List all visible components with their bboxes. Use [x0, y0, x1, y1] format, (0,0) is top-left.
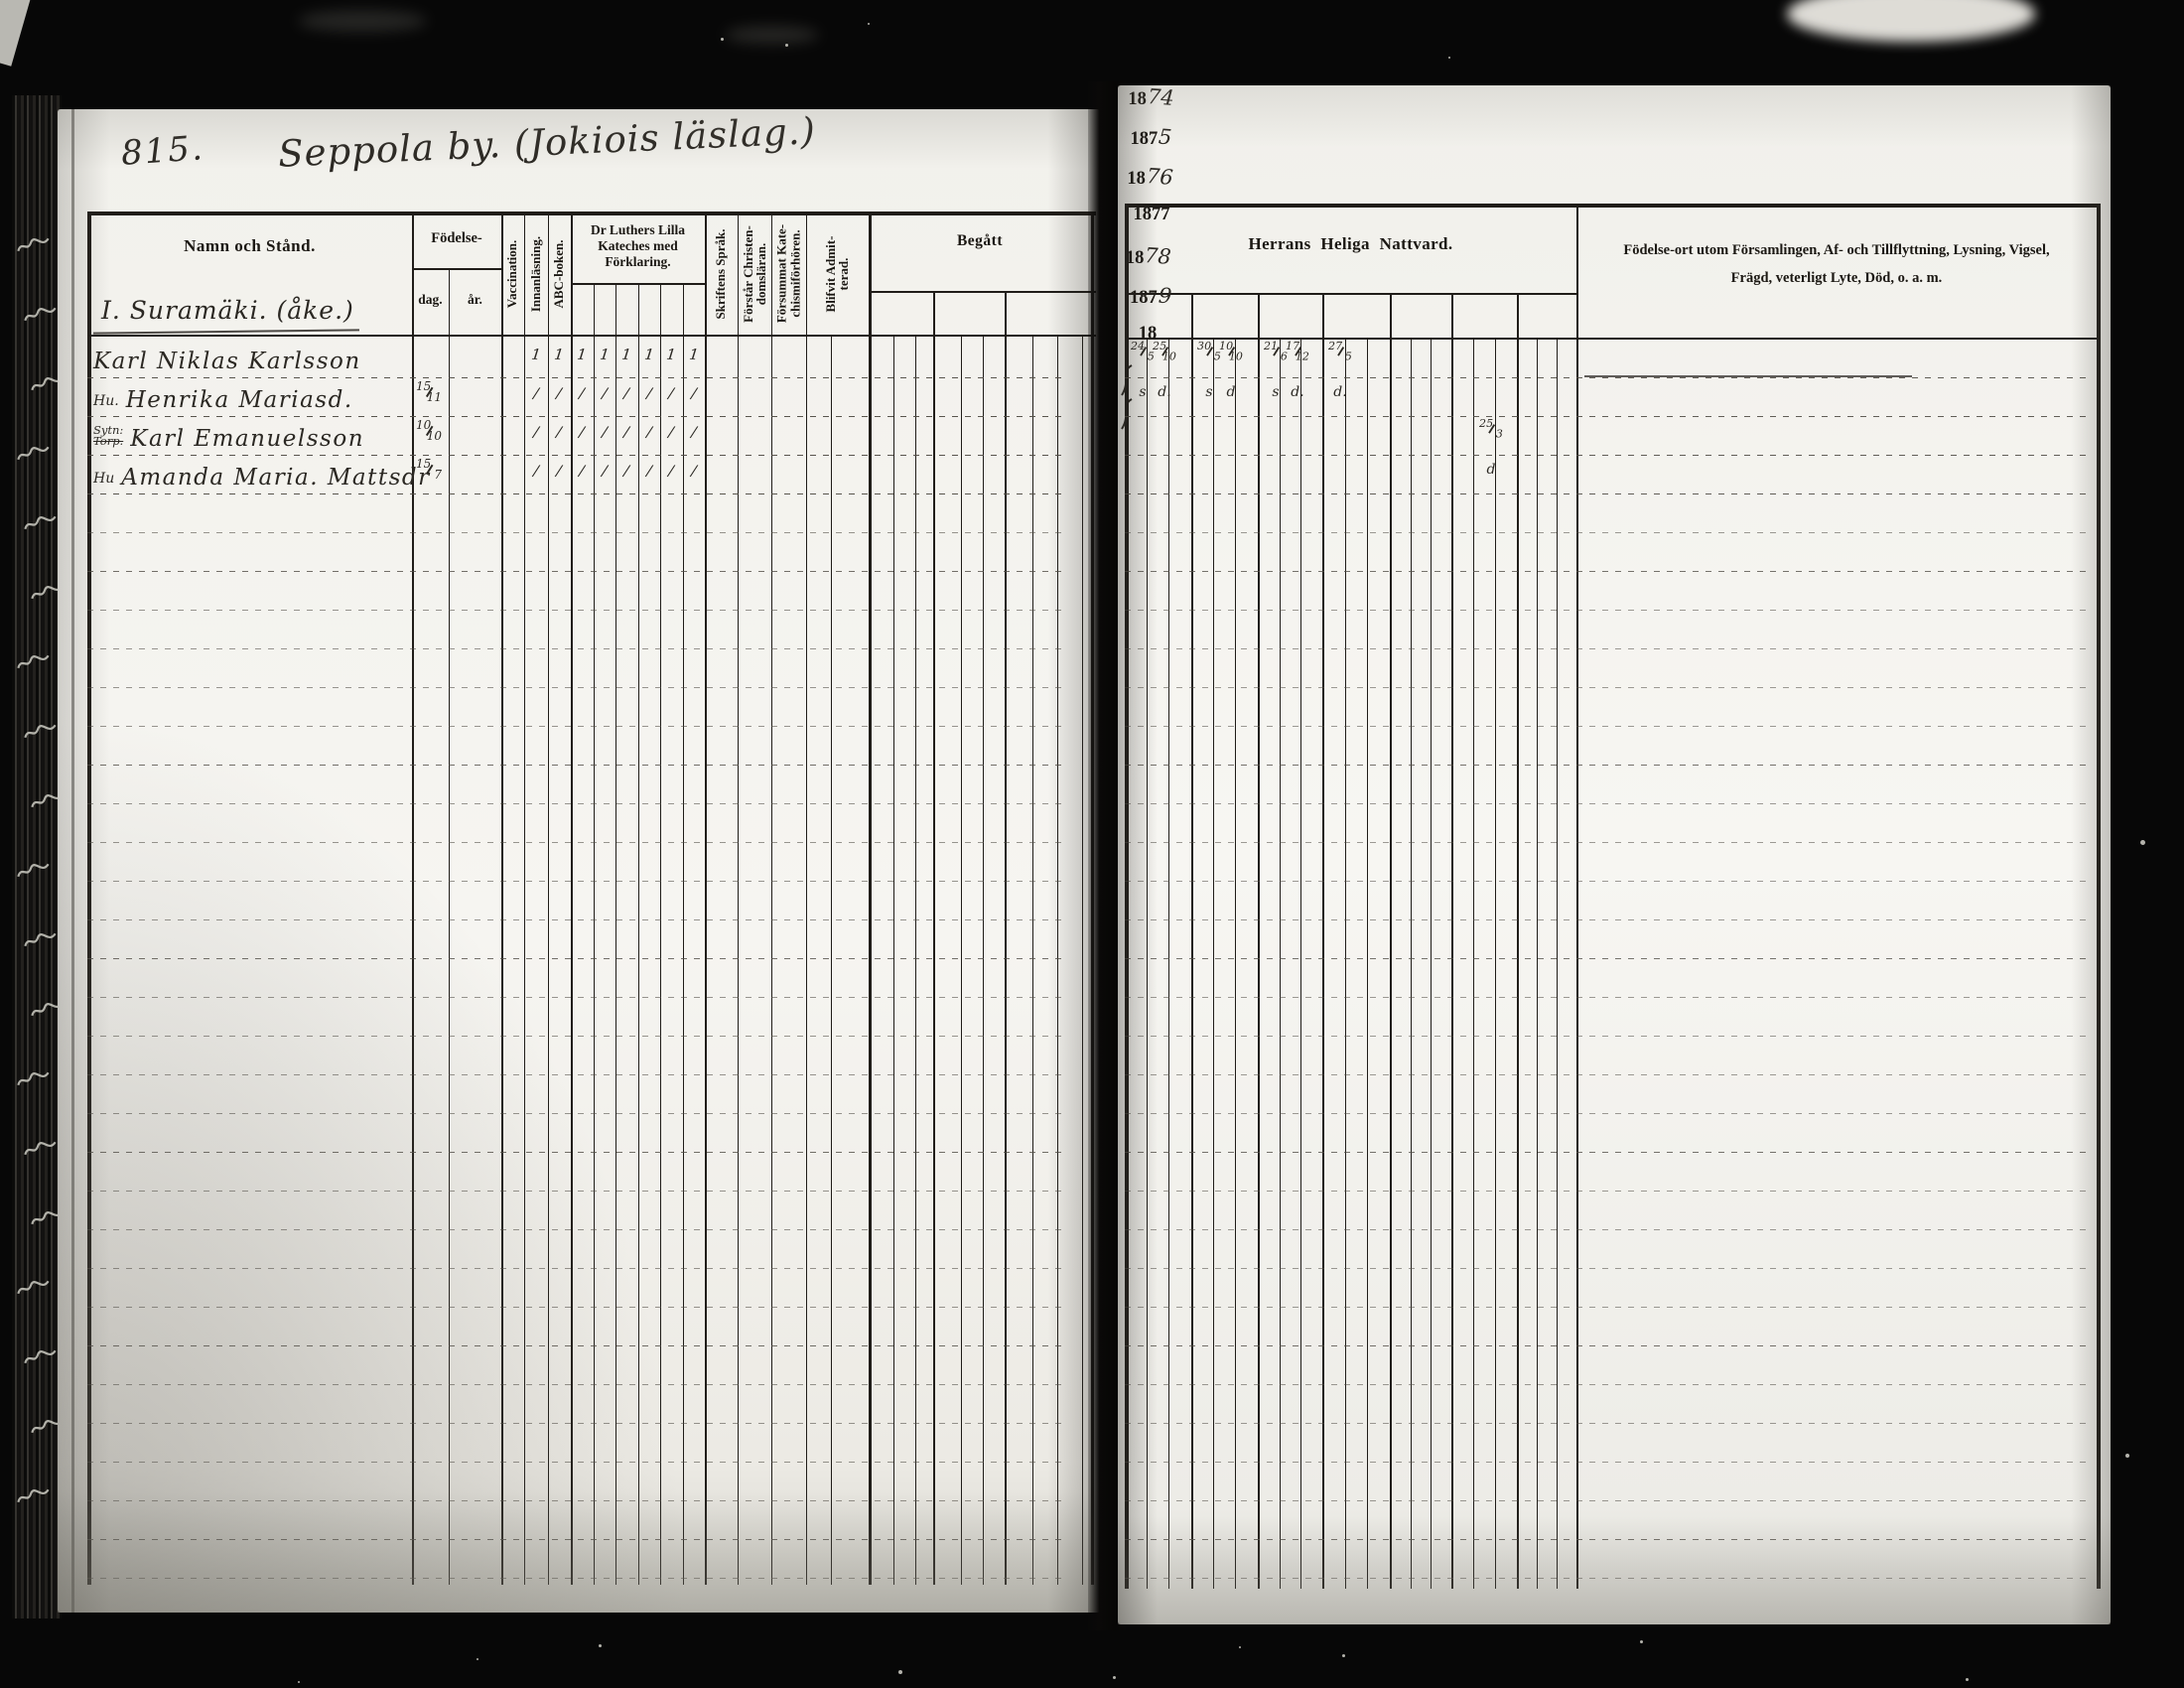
grid-vline: [831, 335, 832, 1585]
dust-speck: [298, 1681, 300, 1683]
dust-speck: [2140, 840, 2145, 845]
village-title: Seppola by. (Jokiois läslag.): [277, 109, 816, 176]
record-name: Henrika Mariasd.: [126, 389, 353, 412]
communion-entry: d.: [1283, 384, 1312, 400]
col-header-dag: dag.: [412, 292, 449, 308]
top-smudge-1: [298, 10, 427, 32]
col-header-begatt: Begått: [869, 232, 1091, 250]
scanned-ledger-spread: 815. Seppola by. (Jokiois läslag.) Namn …: [0, 0, 2184, 1688]
record-reading-mark: 1: [684, 345, 704, 364]
row-rule: [1125, 726, 2090, 727]
grid-vline: [771, 211, 772, 1585]
grid-vline: [524, 211, 525, 1585]
row-rule: [1125, 842, 2090, 843]
grid-hline: [412, 268, 501, 270]
record-reading-mark: 1: [572, 345, 592, 364]
row-rule: [87, 1539, 1066, 1540]
grid-vline: [1300, 338, 1301, 1589]
row-rule: [1125, 610, 2090, 611]
row-rule: [1125, 416, 2090, 417]
row-rule: [87, 648, 1066, 649]
grid-vline: [1367, 338, 1368, 1589]
row-rule: [87, 1307, 1066, 1308]
notes-header-line2: Frägd, veterligt Lyte, Död, o. a. m.: [1576, 270, 2097, 287]
dust-speck: [1640, 1640, 1643, 1643]
grid-vline: [1451, 293, 1453, 1589]
row-rule: [1125, 881, 2090, 882]
grid-hline: [87, 335, 1096, 337]
dust-speck: [599, 1644, 602, 1647]
dust-speck: [898, 1670, 902, 1674]
record-reading-mark: /: [526, 383, 546, 403]
record-reading-mark: /: [572, 383, 592, 403]
farm-name-line: I. Suramäki. (åke.): [101, 296, 354, 325]
top-right-blob: [1787, 0, 2035, 42]
row-rule: [1125, 1384, 2090, 1385]
dust-speck: [477, 1658, 478, 1660]
record-prefix-stack: Sytn:Torp.: [93, 425, 123, 451]
record-reading-mark: 1: [595, 345, 614, 364]
row-rule: [1125, 1152, 2090, 1153]
record-reading-mark: /: [616, 422, 636, 442]
grid-vline: [1345, 338, 1346, 1589]
record-name: Amanda Maria. Mattsdr: [121, 467, 430, 490]
row-rule: [87, 842, 1066, 843]
dust-speck: [721, 38, 724, 41]
grid-vline: [87, 211, 91, 1585]
row-rule: [1125, 648, 2090, 649]
record-prefix: Hu.: [93, 393, 119, 412]
note-underline: [1584, 375, 1912, 377]
row-rule: [1125, 1268, 2090, 1269]
row-rule: [1125, 1229, 2090, 1230]
row-rule: [87, 1423, 1066, 1424]
grid-vline: [1082, 335, 1083, 1585]
row-rule: [1125, 1423, 2090, 1424]
record-reading-mark: /: [549, 383, 569, 403]
dust-speck: [2125, 1454, 2129, 1458]
year-header-cell: 1875: [1118, 125, 1184, 165]
grid-vline: [1495, 338, 1496, 1589]
row-rule: [87, 803, 1066, 804]
col-header-fodelse: Födelse-: [412, 230, 501, 247]
page-number: 815.: [120, 128, 205, 174]
row-rule: [1125, 1191, 2090, 1192]
row-rule: [1125, 803, 2090, 804]
row-rule: [87, 1268, 1066, 1269]
grid-vline: [449, 268, 450, 1585]
year-header-hand: 78: [1145, 243, 1172, 269]
col-header-abc-boken: ABC-boken.: [547, 218, 571, 330]
row-rule: [87, 1578, 1066, 1579]
grid-vline: [1168, 338, 1169, 1589]
record-prefix: Hu: [93, 471, 114, 490]
row-rule: [1125, 997, 2090, 998]
record-reading-mark: /: [661, 461, 681, 481]
col-header-blifvit-admitterad: Blifvit Admit- terad.: [811, 218, 863, 330]
dust-speck: [1448, 57, 1450, 59]
year-header-hand: 9: [1158, 284, 1172, 309]
left-page: 815. Seppola by. (Jokiois läslag.) Namn …: [58, 109, 1100, 1613]
row-rule: [1125, 377, 2090, 378]
grid-hline: [1125, 293, 1576, 295]
grid-vline: [1258, 293, 1260, 1589]
row-rule: [1125, 493, 2090, 494]
year-header-hand: 74: [1147, 84, 1174, 110]
corner-sliver: [0, 0, 32, 67]
record-reading-mark: /: [572, 461, 592, 481]
row-rule: [1125, 765, 2090, 766]
record-reading-mark: 1: [549, 345, 569, 364]
row-rule: [1125, 532, 2090, 533]
row-rule: [87, 1074, 1066, 1075]
communion-entry: 253: [1477, 420, 1505, 438]
dust-speck: [1239, 1646, 1241, 1648]
col-header-namn-och-stand: Namn och Stånd.: [87, 236, 412, 256]
row-rule: [87, 1500, 1066, 1501]
grid-vline: [893, 335, 894, 1585]
row-rule: [87, 958, 1066, 959]
record-reading-mark: /: [549, 422, 569, 442]
grid-vline: [1005, 291, 1007, 1585]
record-birth-day: 1511: [414, 382, 444, 402]
dust-speck: [1342, 1654, 1345, 1657]
record-reading-mark: /: [616, 461, 636, 481]
record-reading-mark: /: [639, 422, 659, 442]
communion-entry: 1010: [1217, 343, 1245, 360]
grid-vline: [983, 335, 984, 1585]
col-header-nattvard: Herrans Heliga Nattvard.: [1125, 234, 1576, 254]
row-rule: [1125, 455, 2090, 456]
record-reading-mark: 1: [639, 345, 659, 364]
grid-vline: [1411, 338, 1412, 1589]
grid-hline: [571, 283, 705, 285]
communion-entry: d.: [1325, 384, 1355, 400]
record-name: Karl Emanuelsson: [130, 428, 364, 451]
communion-entry: 1712: [1284, 343, 1311, 360]
dust-speck: [785, 44, 788, 47]
record-reading-mark: /: [639, 461, 659, 481]
record-birth-day: 1010: [414, 421, 444, 441]
grid-vline: [2097, 204, 2101, 1589]
record-reading-mark: /: [526, 461, 546, 481]
grid-vline: [1032, 335, 1033, 1585]
grid-vline: [933, 291, 935, 1585]
row-rule: [87, 1113, 1066, 1114]
col-header-innanlasning: Innanläsning.: [524, 218, 548, 330]
row-rule: [87, 1384, 1066, 1385]
grid-vline: [915, 335, 916, 1585]
row-rule: [1125, 1462, 2090, 1463]
year-header-print: 187: [1130, 129, 1158, 150]
record-reading-mark: /: [526, 422, 546, 442]
grid-vline: [1213, 338, 1214, 1589]
grid-vline: [869, 211, 872, 1585]
dust-speck: [868, 23, 870, 25]
row-rule: [87, 571, 1066, 572]
grid-vline: [1473, 338, 1474, 1589]
row-rule: [87, 1152, 1066, 1153]
row-rule: [1125, 919, 2090, 920]
grid-hline: [1125, 204, 2097, 208]
col-header-kateches: Dr Luthers Lilla Kateches med Förklaring…: [573, 212, 703, 280]
row-rule: [87, 610, 1066, 611]
record-name-row: Hu.Henrika Mariasd.: [93, 377, 353, 412]
year-header-print: 187: [1130, 288, 1158, 309]
row-rule: [87, 1345, 1066, 1346]
row-rule: [1125, 1345, 2090, 1346]
row-rule: [1125, 1500, 2090, 1501]
record-reading-mark: /: [595, 383, 614, 403]
row-rule: [87, 1229, 1066, 1230]
grid-vline: [1537, 338, 1538, 1589]
row-rule: [87, 493, 1066, 494]
row-rule: [87, 765, 1066, 766]
grid-vline: [1147, 338, 1148, 1589]
record-birth-day: 157: [414, 460, 444, 480]
year-header-print: 1877: [1134, 205, 1170, 225]
record-reading-mark: 1: [526, 345, 546, 364]
grid-vline: [1191, 293, 1193, 1589]
grid-vline: [501, 211, 503, 1585]
row-rule: [1125, 958, 2090, 959]
record-reading-mark: /: [616, 383, 636, 403]
year-header-print: 18: [1128, 89, 1147, 110]
row-rule: [1125, 1036, 2090, 1037]
row-rule: [1125, 571, 2090, 572]
grid-vline: [1322, 293, 1324, 1589]
communion-entry: d.: [1150, 384, 1179, 400]
communion-entry: 2510: [1151, 343, 1178, 360]
grid-vline: [1557, 338, 1558, 1589]
right-page: Herrans Heliga Nattvard. Födelse-ort uto…: [1118, 85, 2111, 1624]
record-reading-mark: /: [595, 461, 614, 481]
record-name-row: HuAmanda Maria. Mattsdr: [93, 455, 431, 490]
col-header-vaccination: Vaccination.: [500, 218, 524, 330]
grid-vline: [1576, 204, 1578, 1589]
communion-entry: d: [1216, 384, 1246, 400]
grid-vline: [1431, 338, 1432, 1589]
row-rule: [87, 1462, 1066, 1463]
record-reading-mark: /: [661, 383, 681, 403]
farm-name-underline: [93, 329, 359, 334]
year-header-print: 18: [1127, 169, 1146, 190]
year-header-hand: 76: [1146, 164, 1173, 190]
row-rule: [87, 881, 1066, 882]
grid-vline: [571, 211, 573, 1585]
row-rule: [87, 687, 1066, 688]
grid-vline: [961, 335, 962, 1585]
notes-header-line1: Födelse-ort utom Församlingen, Af- och T…: [1576, 242, 2097, 259]
record-reading-mark: /: [684, 461, 704, 481]
row-rule: [1125, 1307, 2090, 1308]
year-header-hand: 5: [1158, 125, 1172, 150]
row-rule: [1125, 1074, 2090, 1075]
grid-hline: [869, 291, 1096, 293]
page-crease: [71, 109, 74, 1613]
record-reading-mark: /: [639, 383, 659, 403]
row-rule: [87, 1191, 1066, 1192]
record-reading-mark: /: [595, 422, 614, 442]
grid-vline: [1125, 204, 1129, 1589]
grid-vline: [412, 211, 414, 1585]
top-smudge-2: [725, 26, 819, 44]
record-reading-mark: /: [684, 422, 704, 442]
col-header-forsummat-katechismiforhoren: Försummat Kate- chismiförhören.: [771, 218, 806, 330]
dust-speck: [1113, 1676, 1116, 1679]
row-rule: [1125, 687, 2090, 688]
row-rule: [87, 726, 1066, 727]
row-rule: [1125, 1113, 2090, 1114]
communion-entry: d: [1476, 462, 1506, 478]
col-header-skriftens-sprak: Skriftens Språk.: [705, 218, 737, 330]
row-rule: [1125, 1539, 2090, 1540]
record-reading-mark: 1: [616, 345, 636, 364]
grid-vline: [1517, 293, 1519, 1589]
row-rule: [87, 919, 1066, 920]
year-header-cell: 1876: [1118, 165, 1182, 205]
record-reading-mark: /: [684, 383, 704, 403]
grid-hline: [87, 211, 1096, 215]
grid-vline: [548, 211, 549, 1585]
row-rule: [87, 997, 1066, 998]
year-header-cell: 1874: [1118, 85, 1184, 125]
grid-vline: [705, 211, 707, 1585]
record-name-row: Sytn:Torp.Karl Emanuelsson: [93, 416, 364, 451]
grid-vline: [1280, 338, 1281, 1589]
record-name: Karl Niklas Karlsson: [93, 351, 361, 373]
communion-entry: 275: [1326, 343, 1354, 360]
grid-vline: [806, 211, 807, 1585]
record-reading-mark: 1: [661, 345, 681, 364]
row-rule: [1125, 1578, 2090, 1579]
record-name-row: Karl Niklas Karlsson: [93, 339, 361, 373]
row-rule: [87, 1036, 1066, 1037]
record-reading-mark: /: [572, 422, 592, 442]
col-header-forstar-christendomslaran: Förstår Christen- domsläran.: [738, 218, 771, 330]
dust-speck: [1966, 1678, 1969, 1681]
col-header-ar: år.: [449, 292, 501, 308]
grid-vline: [738, 211, 739, 1585]
grid-vline: [1057, 335, 1058, 1585]
record-reading-mark: /: [549, 461, 569, 481]
grid-vline: [1235, 338, 1236, 1589]
record-reading-mark: /: [661, 422, 681, 442]
grid-vline: [1390, 293, 1392, 1589]
row-rule: [87, 532, 1066, 533]
